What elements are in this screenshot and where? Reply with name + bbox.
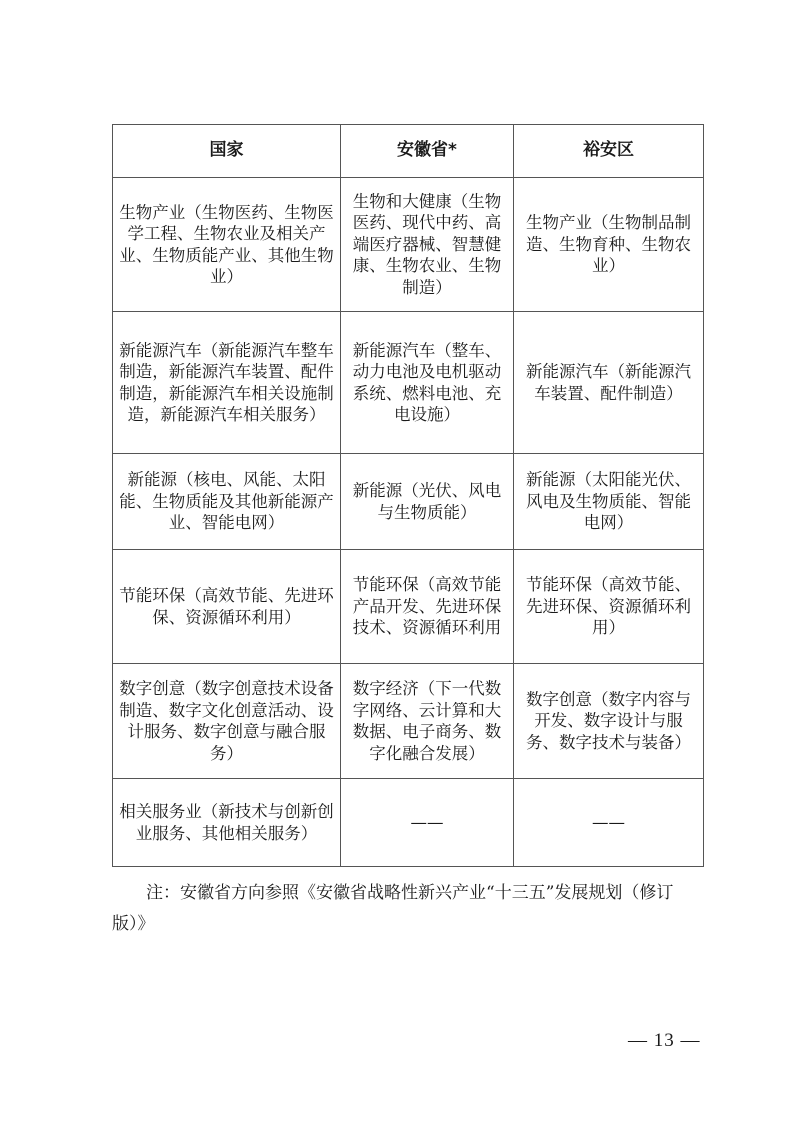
cell-yuan-district: 数字创意（数字内容与开发、数字设计与服务、数字技术与装备） xyxy=(514,664,704,779)
cell-anhui: 新能源（光伏、风电与生物质能） xyxy=(341,454,514,550)
cell-yuan-district: —— xyxy=(514,779,704,867)
cell-national: 新能源汽车（新能源汽车整车制造，新能源汽车装置、配件制造，新能源汽车相关设施制造… xyxy=(113,312,341,454)
table-header-row: 国家 安徽省* 裕安区 xyxy=(113,125,704,178)
cell-anhui: —— xyxy=(341,779,514,867)
cell-national: 相关服务业（新技术与创新创业服务、其他相关服务） xyxy=(113,779,341,867)
cell-yuan-district: 生物产业（生物制品制造、生物育种、生物农业） xyxy=(514,178,704,312)
cell-yuan-district: 节能环保（高效节能、先进环保、资源循环利用） xyxy=(514,550,704,664)
table-row: 新能源汽车（新能源汽车整车制造，新能源汽车装置、配件制造，新能源汽车相关设施制造… xyxy=(113,312,704,454)
table-row: 新能源（核电、风能、太阳能、生物质能及其他新能源产业、智能电网） 新能源（光伏、… xyxy=(113,454,704,550)
header-anhui: 安徽省* xyxy=(341,125,514,178)
header-national: 国家 xyxy=(113,125,341,178)
document-page: 国家 安徽省* 裕安区 生物产业（生物医药、生物医学工程、生物农业及相关产业、生… xyxy=(0,0,793,1122)
table-row: 相关服务业（新技术与创新创业服务、其他相关服务） —— —— xyxy=(113,779,704,867)
header-yuan-district: 裕安区 xyxy=(514,125,704,178)
cell-yuan-district: 新能源（太阳能光伏、风电及生物质能、智能电网） xyxy=(514,454,704,550)
cell-anhui: 新能源汽车（整车、动力电池及电机驱动系统、燃料电池、充电设施） xyxy=(341,312,514,454)
page-number: — 13 — xyxy=(628,1030,701,1052)
industry-comparison-table: 国家 安徽省* 裕安区 生物产业（生物医药、生物医学工程、生物农业及相关产业、生… xyxy=(112,124,704,867)
cell-anhui: 数字经济（下一代数字网络、云计算和大数据、电子商务、数字化融合发展） xyxy=(341,664,514,779)
cell-yuan-district: 新能源汽车（新能源汽车装置、配件制造） xyxy=(514,312,704,454)
cell-anhui: 节能环保（高效节能产品开发、先进环保技术、资源循环利用 xyxy=(341,550,514,664)
cell-national: 数字创意（数字创意技术设备制造、数字文化创意活动、设计服务、数字创意与融合服务） xyxy=(113,664,341,779)
table-row: 节能环保（高效节能、先进环保、资源循环利用） 节能环保（高效节能产品开发、先进环… xyxy=(113,550,704,664)
cell-anhui: 生物和大健康（生物医药、现代中药、高端医疗器械、智慧健康、生物农业、生物制造） xyxy=(341,178,514,312)
cell-national: 节能环保（高效节能、先进环保、资源循环利用） xyxy=(113,550,341,664)
table-footnote: 注：安徽省方向参照《安徽省战略性新兴产业“十三五”发展规划（修订版）》 xyxy=(112,878,704,940)
table-row: 数字创意（数字创意技术设备制造、数字文化创意活动、设计服务、数字创意与融合服务）… xyxy=(113,664,704,779)
table-row: 生物产业（生物医药、生物医学工程、生物农业及相关产业、生物质能产业、其他生物业）… xyxy=(113,178,704,312)
cell-national: 新能源（核电、风能、太阳能、生物质能及其他新能源产业、智能电网） xyxy=(113,454,341,550)
cell-national: 生物产业（生物医药、生物医学工程、生物农业及相关产业、生物质能产业、其他生物业） xyxy=(113,178,341,312)
